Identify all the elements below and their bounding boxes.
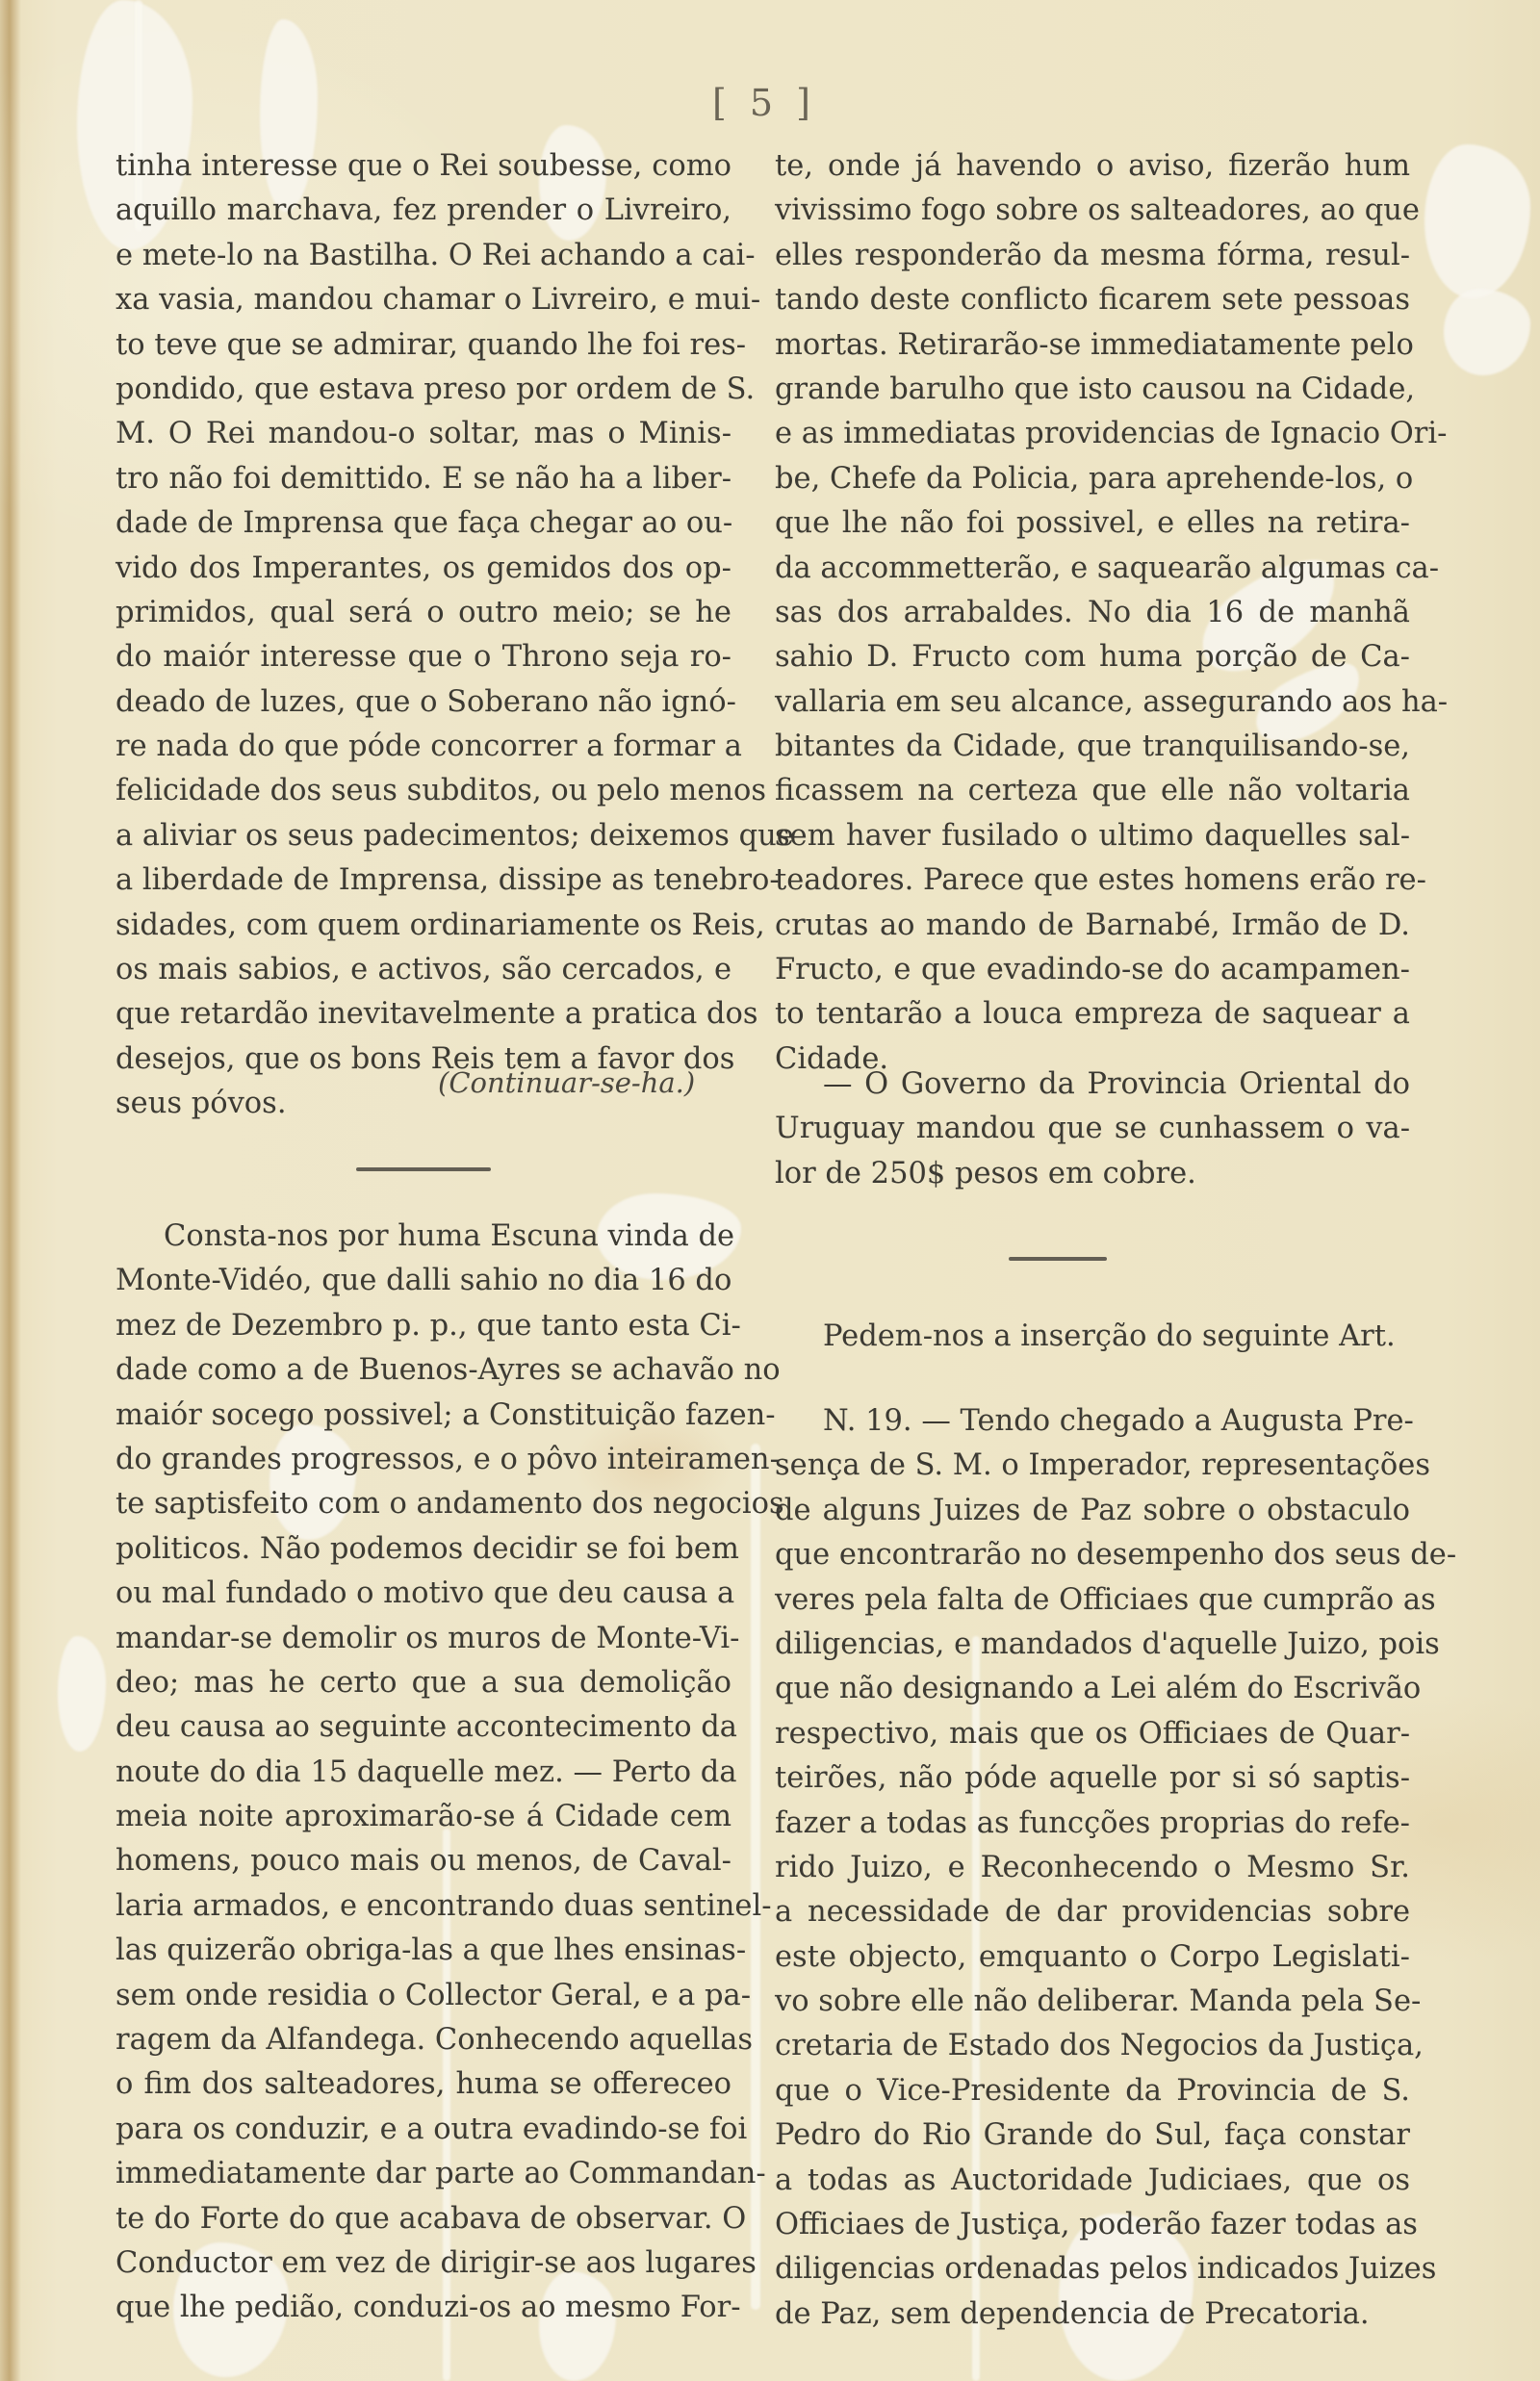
page-number: [ 5 ] [712,82,816,124]
text-line: mortas. Retirarão-se immediatamente pelo [775,323,1410,368]
text-line: re nada do que póde concorrer a formar a [115,725,731,769]
text-line: be, Chefe da Policia, para aprehende-los… [775,457,1410,501]
text-line: do grandes progressos, e o pôvo inteiram… [115,1438,731,1482]
text-line: xa vasia, mandou chamar o Livreiro, e mu… [115,278,731,322]
text-line: deu causa ao seguinte accontecimento da [115,1705,731,1750]
continuation-note: (Continuar-se-ha.) [438,1066,695,1099]
text-line: ragem da Alfandega. Conhecendo aquellas [115,2018,731,2062]
text-line: a necessidade de dar providencias sobre [775,1890,1410,1934]
text-line: homens, pouco mais ou menos, de Caval- [115,1839,731,1883]
text-line: tando deste conflicto ficarem sete pesso… [775,278,1410,322]
text-line: — O Governo da Provincia Oriental do [775,1062,1410,1107]
text-line: bitantes da Cidade, que tranquilisando-s… [775,725,1410,769]
text-line: deado de luzes, que o Soberano não ignó- [115,680,731,725]
newspaper-page: [ 5 ] tinha interesse que o Rei soubesse… [0,0,1540,2381]
text-line: Uruguay mandou que se cunhassem o va- [775,1107,1410,1151]
text-line: las quizerão obriga-las a que lhes ensin… [115,1929,731,1973]
section-divider [356,1167,491,1171]
article-montevideo-news-continued: te, onde já havendo o aviso, fizerão hum… [775,144,1410,1082]
text-line: grande barulho que isto causou na Cidade… [775,368,1410,412]
text-line: e mete-lo na Bastilha. O Rei achando a c… [115,234,731,278]
text-line: a aliviar os seus padecimentos; deixemos… [115,814,731,858]
text-line: tinha interesse que o Rei soubesse, como [115,144,731,189]
peel-damage [1444,289,1530,375]
section-divider [1009,1257,1107,1261]
text-line: sença de S. M. o Imperador, representaçõ… [775,1444,1410,1488]
article-intro: Pedem-nos a inserção do seguinte Art. [775,1315,1410,1359]
text-line: Fructo, e que evadindo-se do acampamen- [775,948,1410,992]
text-line: laria armados, e encontrando duas sentin… [115,1884,731,1929]
text-line: sidades, com quem ordinariamente os Reis… [115,904,731,948]
article-decree-n19: N. 19. — Tendo chegado a Augusta Pre-sen… [775,1399,1410,2337]
text-line: primidos, qual será o outro meio; se he [115,591,731,635]
text-line: meia noite aproximarão-se á Cidade cem [115,1795,731,1839]
text-line: dade como a de Buenos-Ayres se achavão n… [115,1348,731,1393]
article-montevideo-news: Consta-nos por huma Escuna vinda deMonte… [115,1215,731,2331]
text-line: mandar-se demolir os muros de Monte-Vi- [115,1617,731,1661]
text-line: vo sobre elle não deliberar. Manda pela … [775,1980,1410,2024]
text-line: e as immediatas providencias de Ignacio … [775,412,1410,456]
text-line: da accommetterão, e saquearão algumas ca… [775,547,1410,591]
text-line: pondido, que estava preso por ordem de S… [115,368,731,412]
text-line: diligencias, e mandados d'aquelle Juizo,… [775,1623,1410,1667]
text-line: M. O Rei mandou-o soltar, mas o Minis- [115,412,731,456]
right-column-intro: Pedem-nos a inserção do seguinte Art. [775,1315,1410,1359]
left-column-lower: Consta-nos por huma Escuna vinda deMonte… [115,1215,731,2331]
text-line: de alguns Juizes de Paz sobre o obstacul… [775,1489,1410,1533]
text-line: que não designando a Lei além do Escrivã… [775,1667,1410,1711]
text-line: rido Juizo, e Reconhecendo o Mesmo Sr. [775,1846,1410,1890]
text-line: diligencias ordenadas pelos indicados Ju… [775,2247,1410,2291]
text-line: vallaria em seu alcance, assegurando aos… [775,680,1410,725]
text-line: teadores. Parece que estes homens erão r… [775,858,1410,903]
text-line: felicidade dos seus subditos, ou pelo me… [115,769,731,813]
text-line: maiór socego possivel; a Constituição fa… [115,1394,731,1438]
peel-damage [1424,144,1530,298]
text-line: te do Forte do que acabava de observar. … [115,2197,731,2241]
text-line: Conductor em vez de dirigir-se aos lugar… [115,2241,731,2286]
text-line: Consta-nos por huma Escuna vinda de [115,1215,731,1259]
text-line: que encontrarão no desempenho dos seus d… [775,1533,1410,1577]
text-line: a todas as Auctoridade Judiciaes, que os [775,2159,1410,2203]
right-column-uruguay: — O Governo da Provincia Oriental doUrug… [775,1062,1410,1196]
text-line: noute do dia 15 daquelle mez. — Perto da [115,1751,731,1795]
text-line: sahio D. Fructo com huma porção de Ca- [775,635,1410,679]
text-line: vido dos Imperantes, os gemidos dos op- [115,547,731,591]
text-line: os mais sabios, e activos, são cercados,… [115,948,731,992]
text-line: que lhe pedião, conduzi-os ao mesmo For- [115,2286,731,2330]
text-line: deo; mas he certo que a sua demolição [115,1661,731,1705]
text-line: este objecto, emquanto o Corpo Legislati… [775,1935,1410,1980]
text-line: fazer a todas as funcções proprias do re… [775,1802,1410,1846]
text-line: te saptisfeito com o andamento dos negoc… [115,1482,731,1526]
text-line: ficassem na certeza que elle não voltari… [775,769,1410,813]
text-line: que o Vice-Presidente da Provincia de S. [775,2069,1410,2113]
text-line: de Paz, sem dependencia de Precatoria. [775,2292,1410,2337]
right-column: te, onde já havendo o aviso, fizerão hum… [775,144,1410,1082]
text-line: tro não foi demittido. E se não ha a lib… [115,457,731,501]
text-line: sem onde residia o Collector Geral, e a … [115,1974,731,2018]
text-line: ou mal fundado o motivo que deu causa a [115,1572,731,1616]
text-line: a liberdade de Imprensa, dissipe as tene… [115,858,731,903]
text-line: veres pela falta de Officiaes que cumprã… [775,1578,1410,1623]
article-uruguay-coinage: — O Governo da Provincia Oriental doUrug… [775,1062,1410,1196]
text-line: Pedro do Rio Grande do Sul, faça constar [775,2113,1410,2158]
text-line: te, onde já havendo o aviso, fizerão hum [775,144,1410,189]
text-line: que lhe não foi possivel, e elles na ret… [775,501,1410,546]
text-line: teirões, não póde aquelle por si só sapt… [775,1756,1410,1801]
text-line: mez de Dezembro p. p., que tanto esta Ci… [115,1304,731,1348]
text-line: cretaria de Estado dos Negocios da Justi… [775,2024,1410,2068]
text-line: respectivo, mais que os Officiaes de Qua… [775,1712,1410,1756]
text-line: to tentarão a louca empreza de saquear a [775,992,1410,1037]
text-line: dade de Imprensa que faça chegar ao ou- [115,501,731,546]
text-line: lor de 250$ pesos em cobre. [775,1152,1410,1196]
right-column-decree: N. 19. — Tendo chegado a Augusta Pre-sen… [775,1399,1410,2337]
text-line: do maiór interesse que o Throno seja ro- [115,635,731,679]
text-line: que retardão inevitavelmente a pratica d… [115,992,731,1037]
text-line: aquillo marchava, fez prender o Livreiro… [115,189,731,233]
text-line: N. 19. — Tendo chegado a Augusta Pre- [775,1399,1410,1444]
text-line: o fim dos salteadores, huma se offereceo [115,2062,731,2107]
text-line: elles responderão da mesma fórma, resul- [775,234,1410,278]
text-line: sas dos arrabaldes. No dia 16 de manhã [775,591,1410,635]
text-line: immediatamente dar parte ao Commandan- [115,2152,731,2196]
text-line: to teve que se admirar, quando lhe foi r… [115,323,731,368]
text-line: crutas ao mando de Barnabé, Irmão de D. [775,904,1410,948]
left-column: tinha interesse que o Rei soubesse, como… [115,144,731,1127]
text-line: politicos. Não podemos decidir se foi be… [115,1527,731,1572]
article-freedom-of-press: tinha interesse que o Rei soubesse, como… [115,144,731,1127]
text-line: para os conduzir, e a outra evadindo-se … [115,2108,731,2152]
text-line: Monte-Vidéo, que dalli sahio no dia 16 d… [115,1259,731,1303]
text-line: sem haver fusilado o ultimo daquelles sa… [775,814,1410,858]
peel-damage [58,1636,106,1752]
text-line: Officiaes de Justiça, poderão fazer toda… [775,2203,1410,2247]
text-line: vivissimo fogo sobre os salteadores, ao … [775,189,1410,233]
